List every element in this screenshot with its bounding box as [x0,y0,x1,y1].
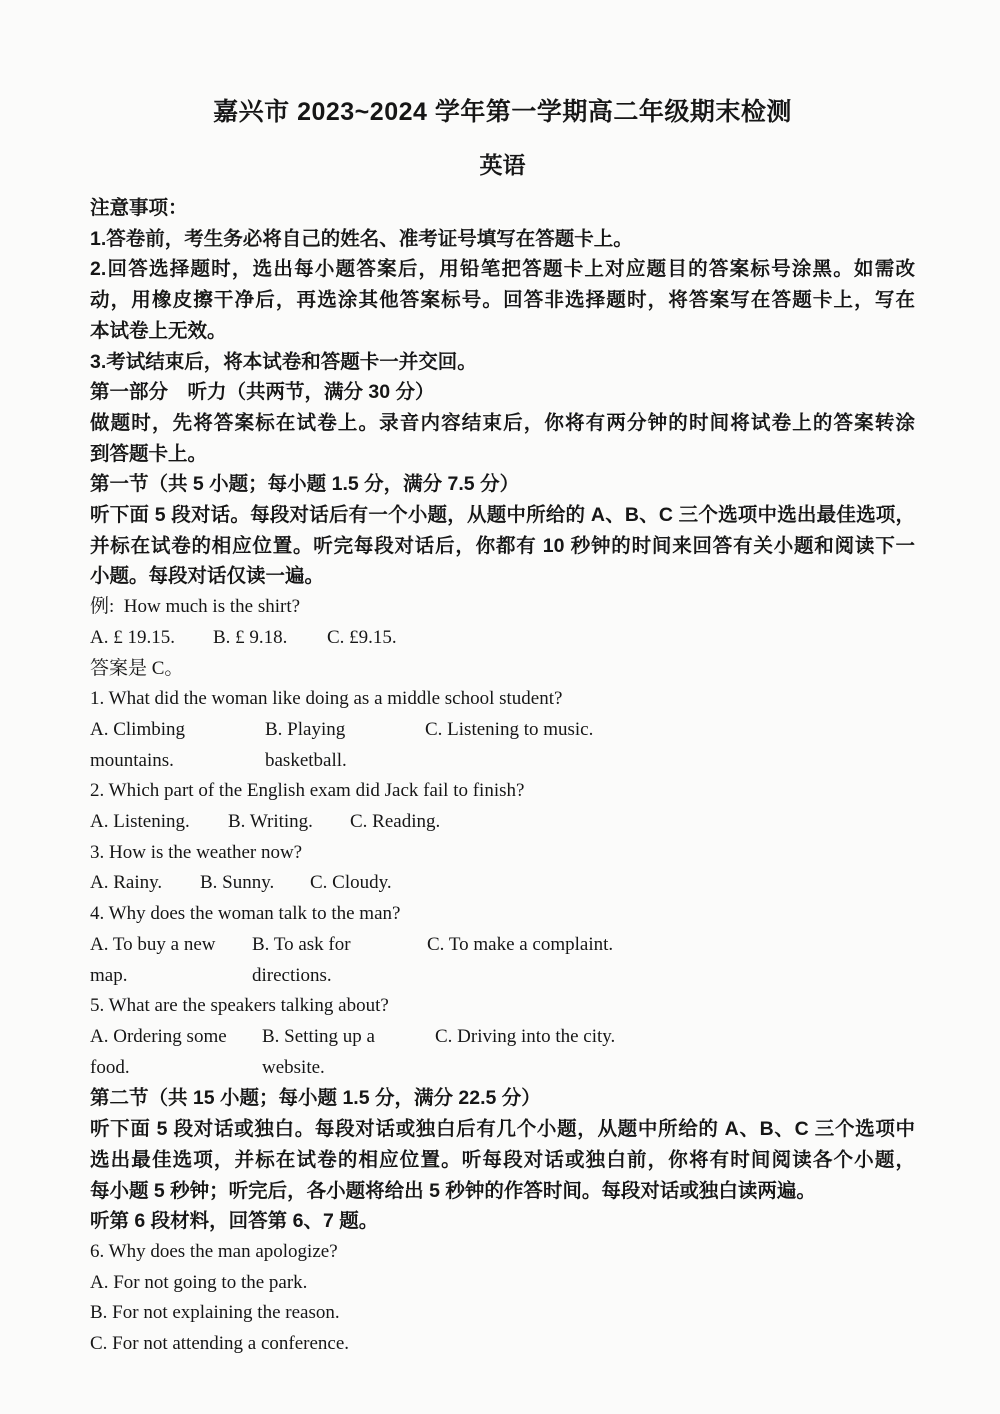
exam-subject: 英语 [90,150,915,180]
section2-heading: 第二节（共 15 小题；每小题 1.5 分，满分 22.5 分） [90,1083,915,1114]
section1-instruction-line-2: 并标在试卷的相应位置。听完每段对话后，你都有 10 秒钟的时间来回答有关小题和阅… [90,531,915,562]
question-4-option-b: B. To ask for directions. [252,930,427,991]
section1-instruction-line-3: 小题。每段对话仅读一遍。 [90,561,915,592]
question-6-option-a: A. For not going to the park. [90,1268,915,1299]
notice-heading: 注意事项： [90,193,915,224]
example-option-a: A. £ 19.15. [90,623,213,654]
exam-body: 注意事项： 1.答卷前，考生务必将自己的姓名、准考证号填写在答题卡上。 2.回答… [90,193,915,1360]
question-2: 2. Which part of the English exam did Ja… [90,776,915,807]
section1-heading: 第一节（共 5 小题；每小题 1.5 分，满分 7.5 分） [90,469,915,500]
notice-item-2-line-1: 2.回答选择题时，选出每小题答案后，用铅笔把答题卡上对应题目的答案标号涂黑。如需… [90,254,915,285]
question-4-options: A. To buy a new map. B. To ask for direc… [90,930,915,991]
section2-instruction-line-1: 听下面 5 段对话或独白。每段对话或独白后有几个小题，从题中所给的 A、B、C … [90,1114,915,1145]
question-2-options: A. Listening. B. Writing. C. Reading. [90,807,915,838]
example-option-c: C. £9.15. [327,623,397,654]
question-1-options: A. Climbing mountains. B. Playing basket… [90,715,915,776]
question-1-option-a: A. Climbing mountains. [90,715,265,776]
question-2-option-b: B. Writing. [228,807,350,838]
question-3: 3. How is the weather now? [90,838,915,869]
question-3-option-b: B. Sunny. [200,868,310,899]
question-3-option-a: A. Rainy. [90,868,200,899]
section2-instruction-line-2: 选出最佳选项，并标在试卷的相应位置。听每段对话或独白前，你将有时间阅读各个小题， [90,1145,915,1176]
question-3-options: A. Rainy. B. Sunny. C. Cloudy. [90,868,915,899]
example-answer: 答案是 C。 [90,654,915,685]
question-4: 4. Why does the woman talk to the man? [90,899,915,930]
question-3-option-c: C. Cloudy. [310,868,392,899]
notice-item-1: 1.答卷前，考生务必将自己的姓名、准考证号填写在答题卡上。 [90,224,915,255]
section2-material-note: 听第 6 段材料，回答第 6、7 题。 [90,1206,915,1237]
question-4-option-c: C. To make a complaint. [427,930,613,991]
notice-item-3: 3.考试结束后，将本试卷和答题卡一并交回。 [90,347,915,378]
exam-title: 嘉兴市 2023~2024 学年第一学期高二年级期末检测 [90,97,915,127]
section2-instruction-line-3: 每小题 5 秒钟；听完后，各小题将给出 5 秒钟的作答时间。每段对话或独白读两遍… [90,1176,915,1207]
question-5-option-a: A. Ordering some food. [90,1022,262,1083]
question-5: 5. What are the speakers talking about? [90,991,915,1022]
question-5-options: A. Ordering some food. B. Setting up a w… [90,1022,915,1083]
part1-intro-line-1: 做题时，先将答案标在试卷上。录音内容结束后，你将有两分钟的时间将试卷上的答案转涂 [90,408,915,439]
example-option-b: B. £ 9.18. [213,623,327,654]
notice-item-2-line-3: 本试卷上无效。 [90,316,915,347]
question-5-option-b: B. Setting up a website. [262,1022,435,1083]
question-1-option-c: C. Listening to music. [425,715,593,776]
example-options: A. £ 19.15. B. £ 9.18. C. £9.15. [90,623,915,654]
question-6-option-b: B. For not explaining the reason. [90,1298,915,1329]
question-5-option-c: C. Driving into the city. [435,1022,615,1083]
question-2-option-a: A. Listening. [90,807,228,838]
question-1: 1. What did the woman like doing as a mi… [90,684,915,715]
question-4-option-a: A. To buy a new map. [90,930,252,991]
part1-intro-line-2: 到答题卡上。 [90,439,915,470]
notice-item-2-line-2: 动，用橡皮擦干净后，再选涂其他答案标号。回答非选择题时，将答案写在答题卡上，写在 [90,285,915,316]
example-question: 例: How much is the shirt? [90,592,915,623]
exam-paper: 嘉兴市 2023~2024 学年第一学期高二年级期末检测 英语 注意事项： 1.… [0,0,1000,1360]
question-2-option-c: C. Reading. [350,807,440,838]
question-6-option-c: C. For not attending a conference. [90,1329,915,1360]
question-1-option-b: B. Playing basketball. [265,715,425,776]
part1-heading: 第一部分 听力（共两节，满分 30 分） [90,377,915,408]
section1-instruction-line-1: 听下面 5 段对话。每段对话后有一个小题，从题中所给的 A、B、C 三个选项中选… [90,500,915,531]
question-6: 6. Why does the man apologize? [90,1237,915,1268]
